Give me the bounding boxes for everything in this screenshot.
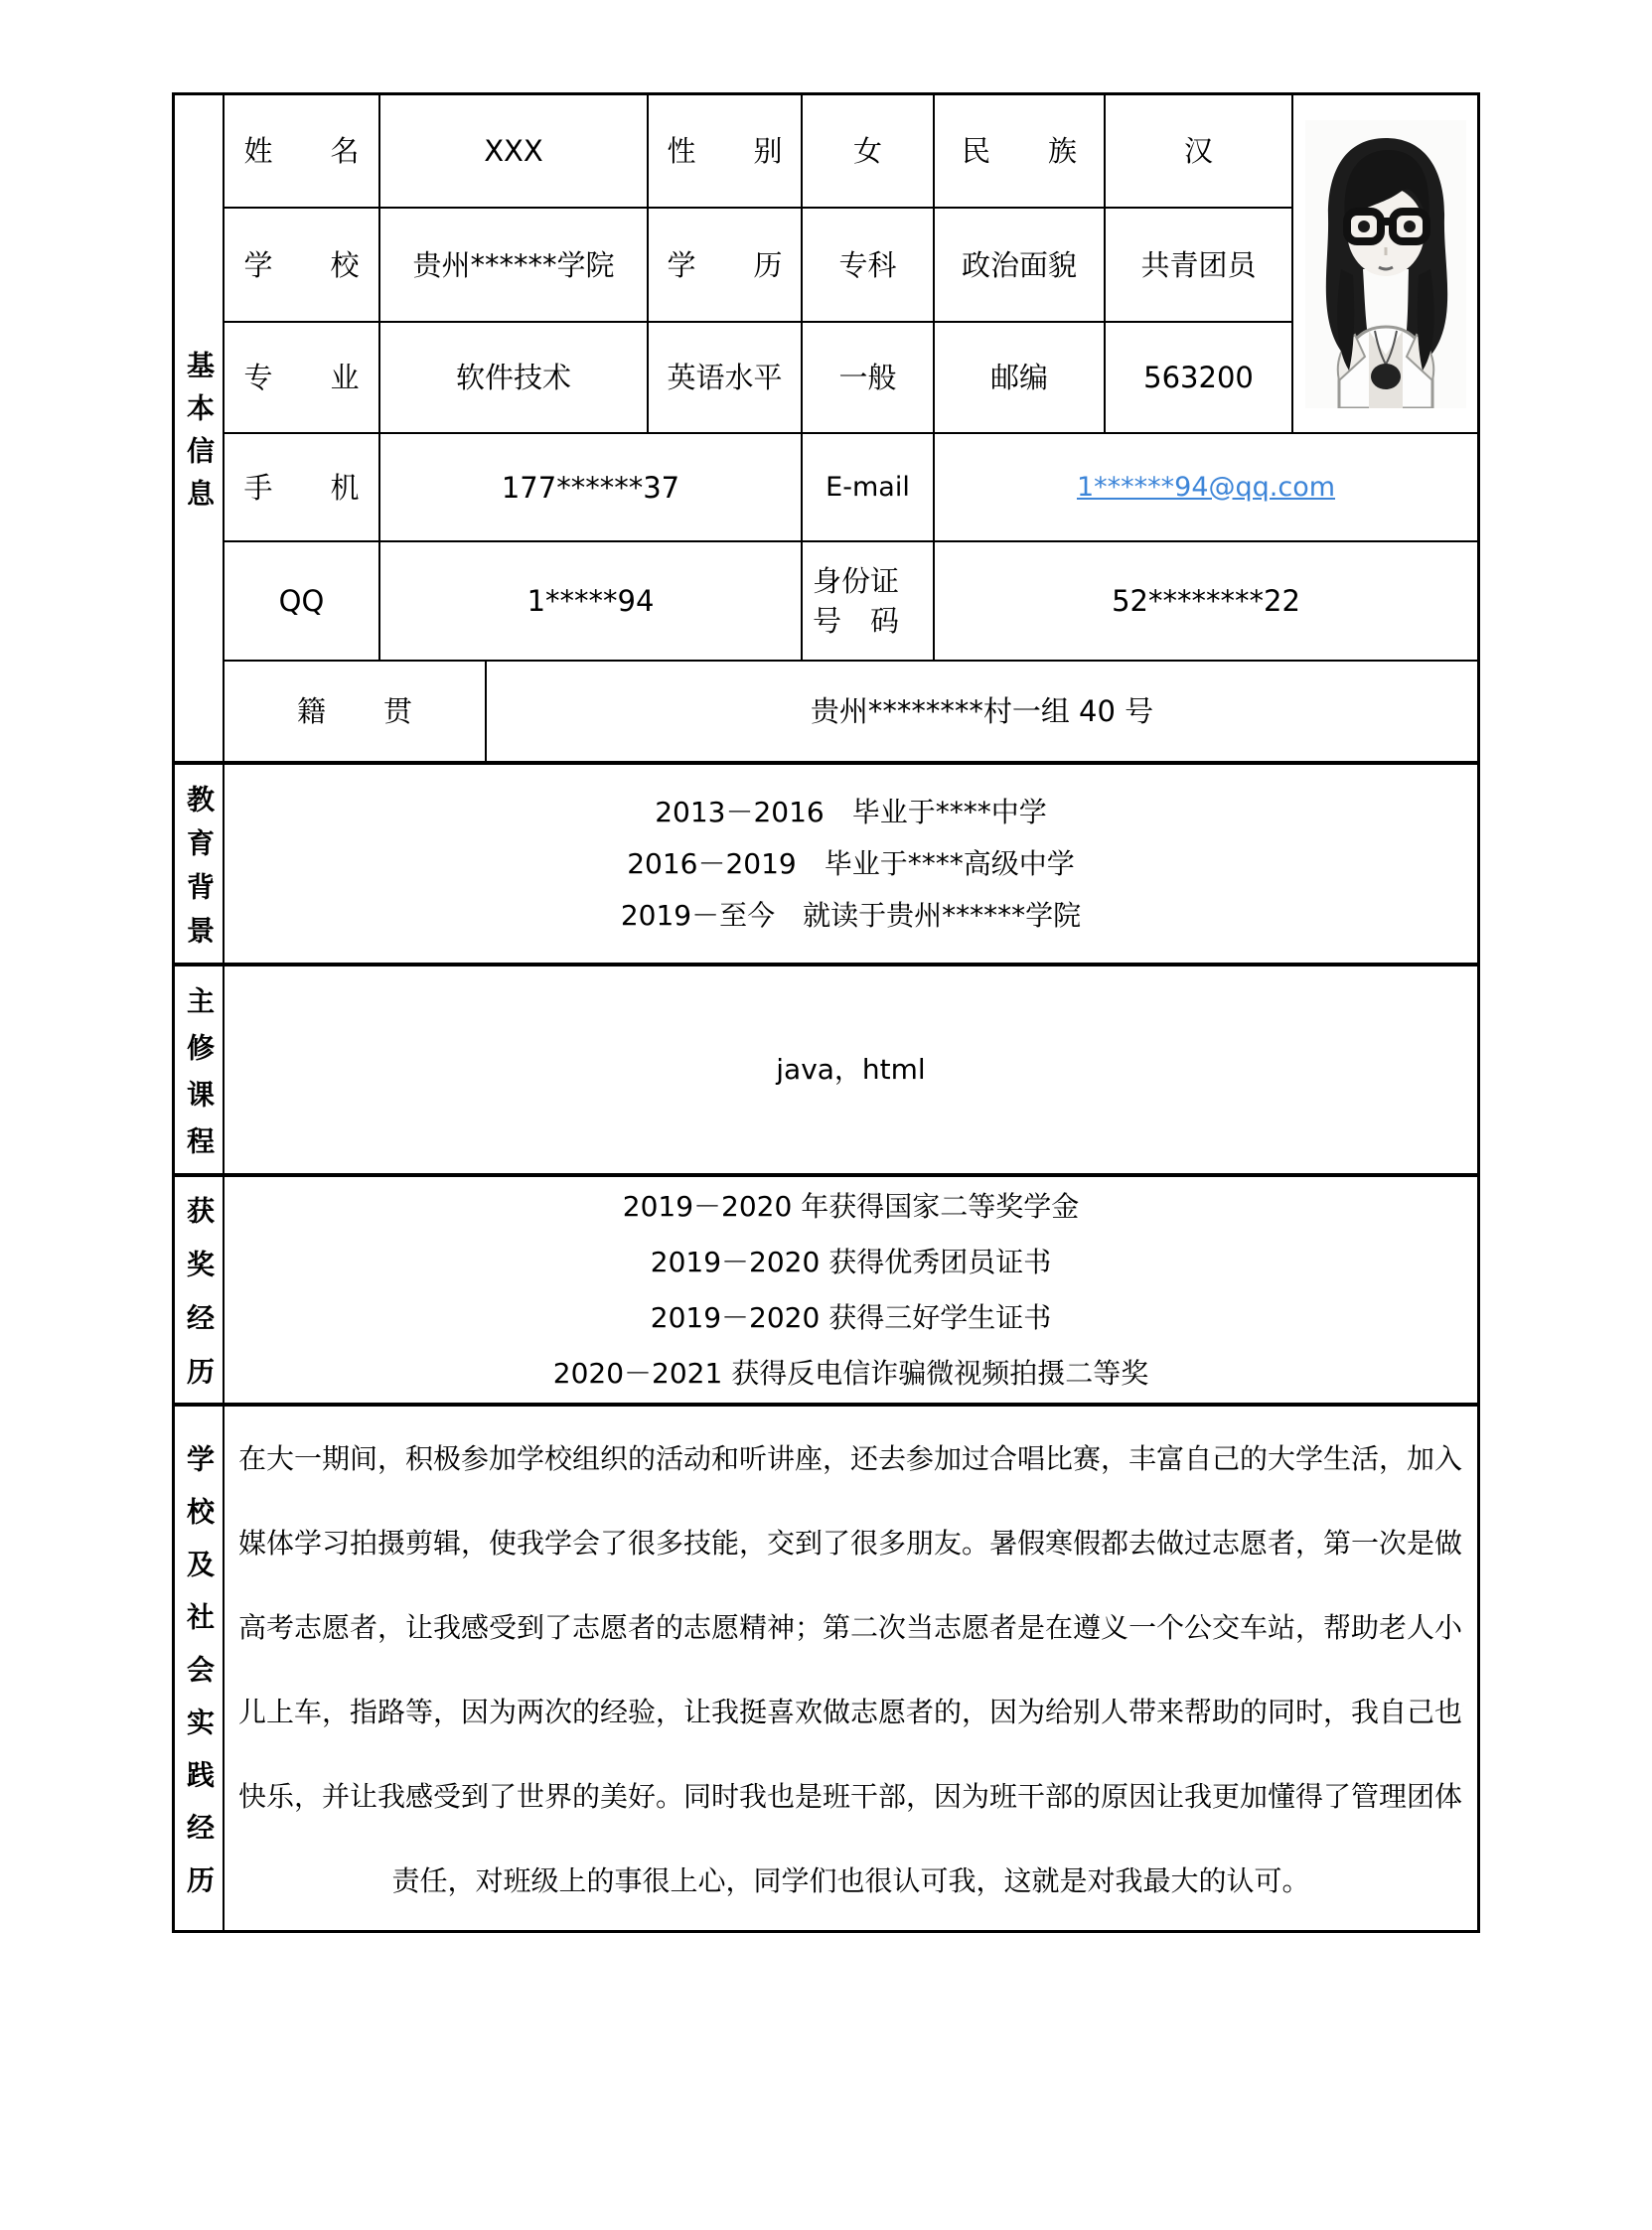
email-link[interactable]: 1******94@qq.com [1077, 468, 1335, 508]
section-label-basic-info: 基本信息 [175, 95, 225, 761]
award-line: 2019－2020 获得优秀团员证书 [651, 1235, 1051, 1290]
political-value: 共青团员 [1106, 209, 1291, 321]
awards-lines: 2019－2020 年获得国家二等奖学金 2019－2020 获得优秀团员证书 … [225, 1177, 1477, 1403]
profile-photo-cell [1291, 95, 1477, 432]
section-label-text: 学校及社会实践经历 [185, 1444, 213, 1918]
email-label: E-mail [803, 434, 935, 540]
section-courses: 主修课程 java，html [175, 966, 1477, 1177]
row-origin: 籍 贯 贵州********村一组 40 号 [225, 662, 1477, 761]
practice-line: 快乐，并让我感受到了世界的美好。同时我也是班干部，因为班干部的原因让我更加懂得了… [238, 1754, 1463, 1839]
name-value: XXX [380, 95, 649, 207]
education-line: 2013－2016 毕业于****中学 [655, 787, 1047, 838]
practice-line: 儿上车，指路等，因为两次的经验，让我挺喜欢做志愿者的，因为给别人带来帮助的同时，… [238, 1670, 1463, 1754]
postcode-label: 邮编 [935, 323, 1106, 432]
origin-value: 贵州********村一组 40 号 [487, 662, 1477, 761]
resume-page: { "colors": { "border": "#000000", "text… [0, 0, 1652, 2230]
section-label-courses: 主修课程 [175, 966, 225, 1173]
major-value: 软件技术 [380, 323, 649, 432]
section-label-awards: 获奖经历 [175, 1177, 225, 1403]
phone-label: 手 机 [225, 434, 380, 540]
section-label-text: 教育背景 [185, 785, 213, 960]
row-qq-idnumber: QQ 1*****94 身份证 号 码 52********22 [225, 542, 1477, 662]
major-label: 专 业 [225, 323, 380, 432]
ethnicity-label: 民 族 [935, 95, 1106, 207]
section-label-text: 主修课程 [185, 986, 213, 1173]
school-label: 学 校 [225, 209, 380, 321]
id-number-label: 身份证 号 码 [803, 542, 935, 660]
postcode-value: 563200 [1106, 323, 1291, 432]
courses-content: java，html [225, 966, 1477, 1173]
gender-value: 女 [803, 95, 935, 207]
degree-value: 专科 [803, 209, 935, 321]
email-value-cell: 1******94@qq.com [935, 434, 1477, 540]
education-lines: 2013－2016 毕业于****中学 2016－2019 毕业于****高级中… [225, 765, 1477, 963]
ethnicity-value: 汉 [1106, 95, 1291, 207]
gender-label: 性 别 [649, 95, 803, 207]
award-line: 2019－2020 获得三好学生证书 [651, 1290, 1051, 1346]
section-education: 教育背景 2013－2016 毕业于****中学 2016－2019 毕业于**… [175, 765, 1477, 966]
practice-line: 在大一期间，积极参加学校组织的活动和听讲座，还去参加过合唱比赛，丰富自己的大学生… [238, 1416, 1463, 1501]
award-line: 2020－2021 获得反电信诈骗微视频拍摄二等奖 [553, 1346, 1148, 1402]
practice-line-last: 责任，对班级上的事很上心，同学们也很认可我，这就是对我最大的认可。 [238, 1839, 1463, 1923]
school-value: 贵州******学院 [380, 209, 649, 321]
practice-line: 媒体学习拍摄剪辑，使我学会了很多技能，交到了很多朋友。暑假寒假都去做过志愿者，第… [238, 1501, 1463, 1585]
row-major-english-postcode: 专 业 软件技术 英语水平 一般 邮编 563200 [225, 323, 1291, 432]
section-label-education: 教育背景 [175, 765, 225, 963]
degree-label: 学 历 [649, 209, 803, 321]
origin-label: 籍 贯 [225, 662, 487, 761]
qq-label: QQ [225, 542, 380, 660]
section-label-text: 基本信息 [185, 351, 213, 521]
section-label-practice: 学校及社会实践经历 [175, 1407, 225, 1930]
section-label-text: 获奖经历 [185, 1196, 213, 1411]
courses-text: java，html [776, 1050, 925, 1090]
qq-value: 1*****94 [380, 542, 803, 660]
english-level-value: 一般 [803, 323, 935, 432]
row-name-gender-ethnicity: 姓 名 XXX 性 别 女 民 族 汉 [225, 95, 1291, 209]
phone-value: 177******37 [380, 434, 803, 540]
section-practice: 学校及社会实践经历 在大一期间，积极参加学校组织的活动和听讲座，还去参加过合唱比… [175, 1407, 1477, 1930]
practice-line: 高考志愿者，让我感受到了志愿者的志愿精神；第二次当志愿者是在遵义一个公交车站，帮… [238, 1585, 1463, 1670]
name-label: 姓 名 [225, 95, 380, 207]
resume-table: 基本信息 姓 名 XXX 性 别 女 民 族 汉 学 校 [172, 92, 1480, 1933]
english-level-label: 英语水平 [649, 323, 803, 432]
award-line: 2019－2020 年获得国家二等奖学金 [623, 1179, 1079, 1235]
row-school-degree-political: 学 校 贵州******学院 学 历 专科 政治面貌 共青团员 [225, 209, 1291, 323]
practice-paragraph: 在大一期间，积极参加学校组织的活动和听讲座，还去参加过合唱比赛，丰富自己的大学生… [225, 1407, 1477, 1930]
row-phone-email: 手 机 177******37 E-mail 1******94@qq.com [225, 434, 1477, 542]
section-basic-info: 基本信息 姓 名 XXX 性 别 女 民 族 汉 学 校 [175, 95, 1477, 765]
section-awards: 获奖经历 2019－2020 年获得国家二等奖学金 2019－2020 获得优秀… [175, 1177, 1477, 1407]
political-label: 政治面貌 [935, 209, 1106, 321]
education-line: 2019－至今 就读于贵州******学院 [621, 890, 1081, 942]
id-number-value: 52********22 [935, 542, 1477, 660]
education-line: 2016－2019 毕业于****高级中学 [627, 838, 1075, 890]
basic-rows-1-3: 姓 名 XXX 性 别 女 民 族 汉 学 校 贵州******学院 学 历 专… [225, 95, 1477, 434]
portrait-illustration [1305, 120, 1466, 408]
